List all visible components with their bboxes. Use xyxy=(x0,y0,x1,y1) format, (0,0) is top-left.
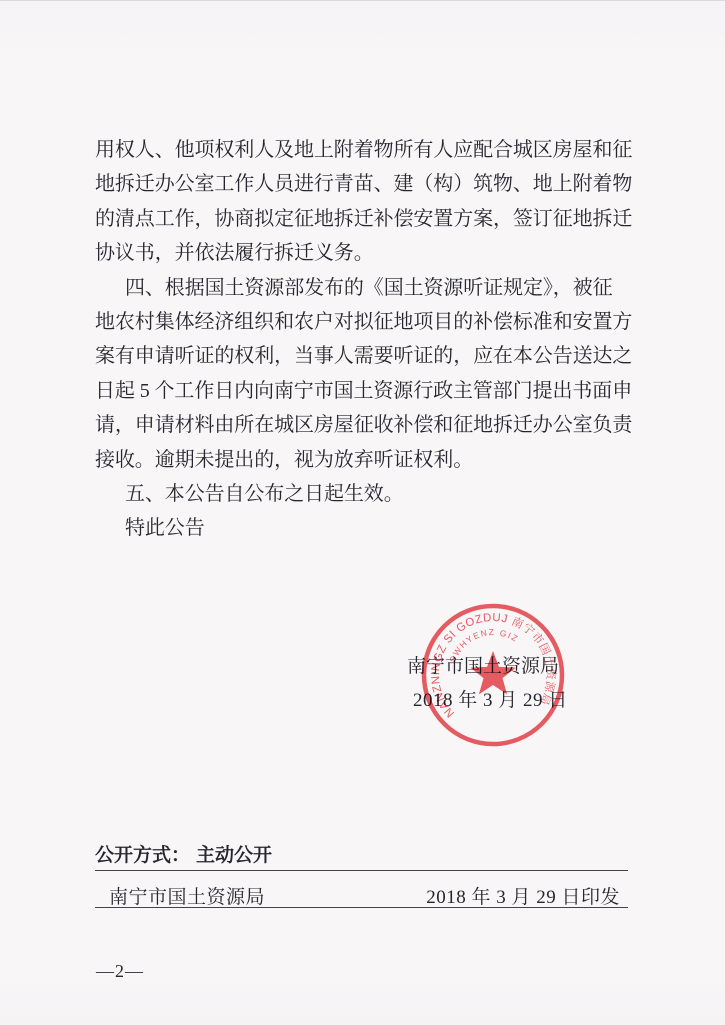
document-body: 用权人、他项权利人及地上附着物所有人应配合城区房屋和征地拆迁办公室工作人员进行青… xyxy=(95,133,635,546)
issuing-authority: 南宁市国土资源局 xyxy=(109,882,265,909)
body-line: 接收。逾期未提出的，视为放弃听证权利。 xyxy=(95,443,635,477)
disclosure-value: 主动公开 xyxy=(196,845,272,866)
body-line: 五、本公告自公布之日起生效。 xyxy=(95,477,635,511)
disclosure-method: 公开方式：主动公开 xyxy=(95,840,272,867)
body-line: 的清点工作，协商拟定征地拆迁补偿安置方案，签订征地拆迁 xyxy=(95,202,635,236)
footer-divider-bottom xyxy=(95,907,628,908)
seal-star-icon xyxy=(470,651,516,694)
disclosure-label: 公开方式： xyxy=(95,845,190,866)
body-line: 地农村集体经济组织和农户对拟征地项目的补偿标准和安置方 xyxy=(95,305,635,339)
body-line: 用权人、他项权利人及地上附着物所有人应配合城区房屋和征 xyxy=(95,133,635,167)
body-line: 请，申请材料由所在城区房屋征收补偿和征地拆迁办公室负责 xyxy=(95,408,635,442)
document-page: 用权人、他项权利人及地上附着物所有人应配合城区房屋和征地拆迁办公室工作人员进行青… xyxy=(0,0,725,1025)
print-date: 2018 年 3 月 29 日印发 xyxy=(426,882,620,909)
page-number: —2— xyxy=(96,961,144,982)
body-line: 协议书，并依法履行拆迁义务。 xyxy=(95,236,635,270)
body-line: 地拆迁办公室工作人员进行青苗、建（构）筑物、地上附着物 xyxy=(95,167,635,201)
body-line: 四、根据国土资源部发布的《国土资源听证规定》，被征 xyxy=(95,271,635,305)
issuer-row: 南宁市国土资源局 2018 年 3 月 29 日印发 xyxy=(95,882,628,909)
body-line: 特此公告 xyxy=(95,511,635,545)
body-line: 日起 5 个工作日内向南宁市国土资源行政主管部门提出书面申 xyxy=(95,374,635,408)
body-line: 案有申请听证的权利，当事人需要听证的，应在本公告送达之 xyxy=(95,339,635,373)
footer-divider-top xyxy=(95,870,628,871)
official-seal: NANZNINGZ SI GOZDUJ 南宁市国土资源局 SWHYENZ GIZ xyxy=(419,601,567,749)
